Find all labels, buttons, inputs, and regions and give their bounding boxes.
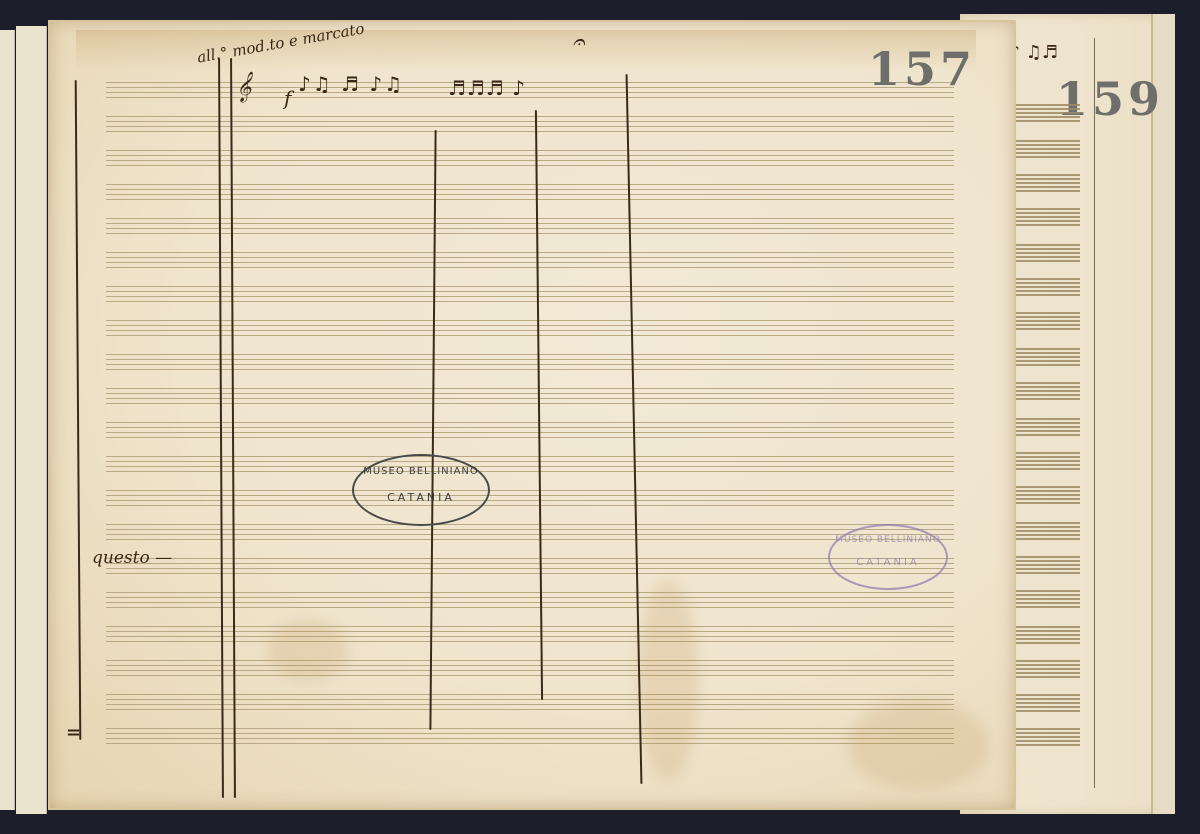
score-area	[76, 30, 976, 800]
staff	[106, 218, 954, 238]
stamp-top-text: MUSEO BELLINIANO	[354, 466, 488, 477]
stamp-bottom-text: CATANIA	[354, 491, 488, 504]
staff	[106, 252, 954, 272]
notes-measure-1: ♪♫ ♬ ♪♫	[298, 72, 404, 96]
main-page: all.° mod.to e marcato 𝄞 f ♪♫ ♬ ♪♫ ♬♬♬ ♪…	[48, 20, 1016, 810]
dynamic-marking: f	[284, 86, 291, 110]
stain	[268, 620, 348, 680]
staff	[106, 82, 954, 102]
museum-stamp: MUSEO BELLINIANO CATANIA	[352, 454, 490, 526]
clef-mark: 𝄞	[236, 72, 251, 103]
page-edge-1	[0, 30, 15, 810]
scan-background-right	[1186, 0, 1200, 834]
stain	[848, 700, 988, 790]
margin-annotation: questo —	[92, 548, 172, 568]
page-edge-2	[16, 26, 47, 814]
page-number: 157	[868, 42, 976, 96]
staff	[106, 116, 954, 136]
staff	[106, 150, 954, 170]
notes-measure-2: ♬♬♬ ♪	[448, 76, 526, 100]
back-barline	[1094, 38, 1095, 788]
stamp-top-text: MUSEO BELLINIANO	[830, 535, 946, 545]
staff	[106, 184, 954, 204]
stain	[638, 580, 698, 780]
scan-background-bottom	[0, 814, 1200, 834]
end-mark: =	[66, 722, 81, 743]
fermata-mark: 𝄐	[572, 30, 584, 55]
stamp-bottom-text: CATANIA	[830, 557, 946, 568]
museum-stamp-faded: MUSEO BELLINIANO CATANIA	[828, 524, 948, 590]
page-edge-right	[1151, 14, 1175, 814]
